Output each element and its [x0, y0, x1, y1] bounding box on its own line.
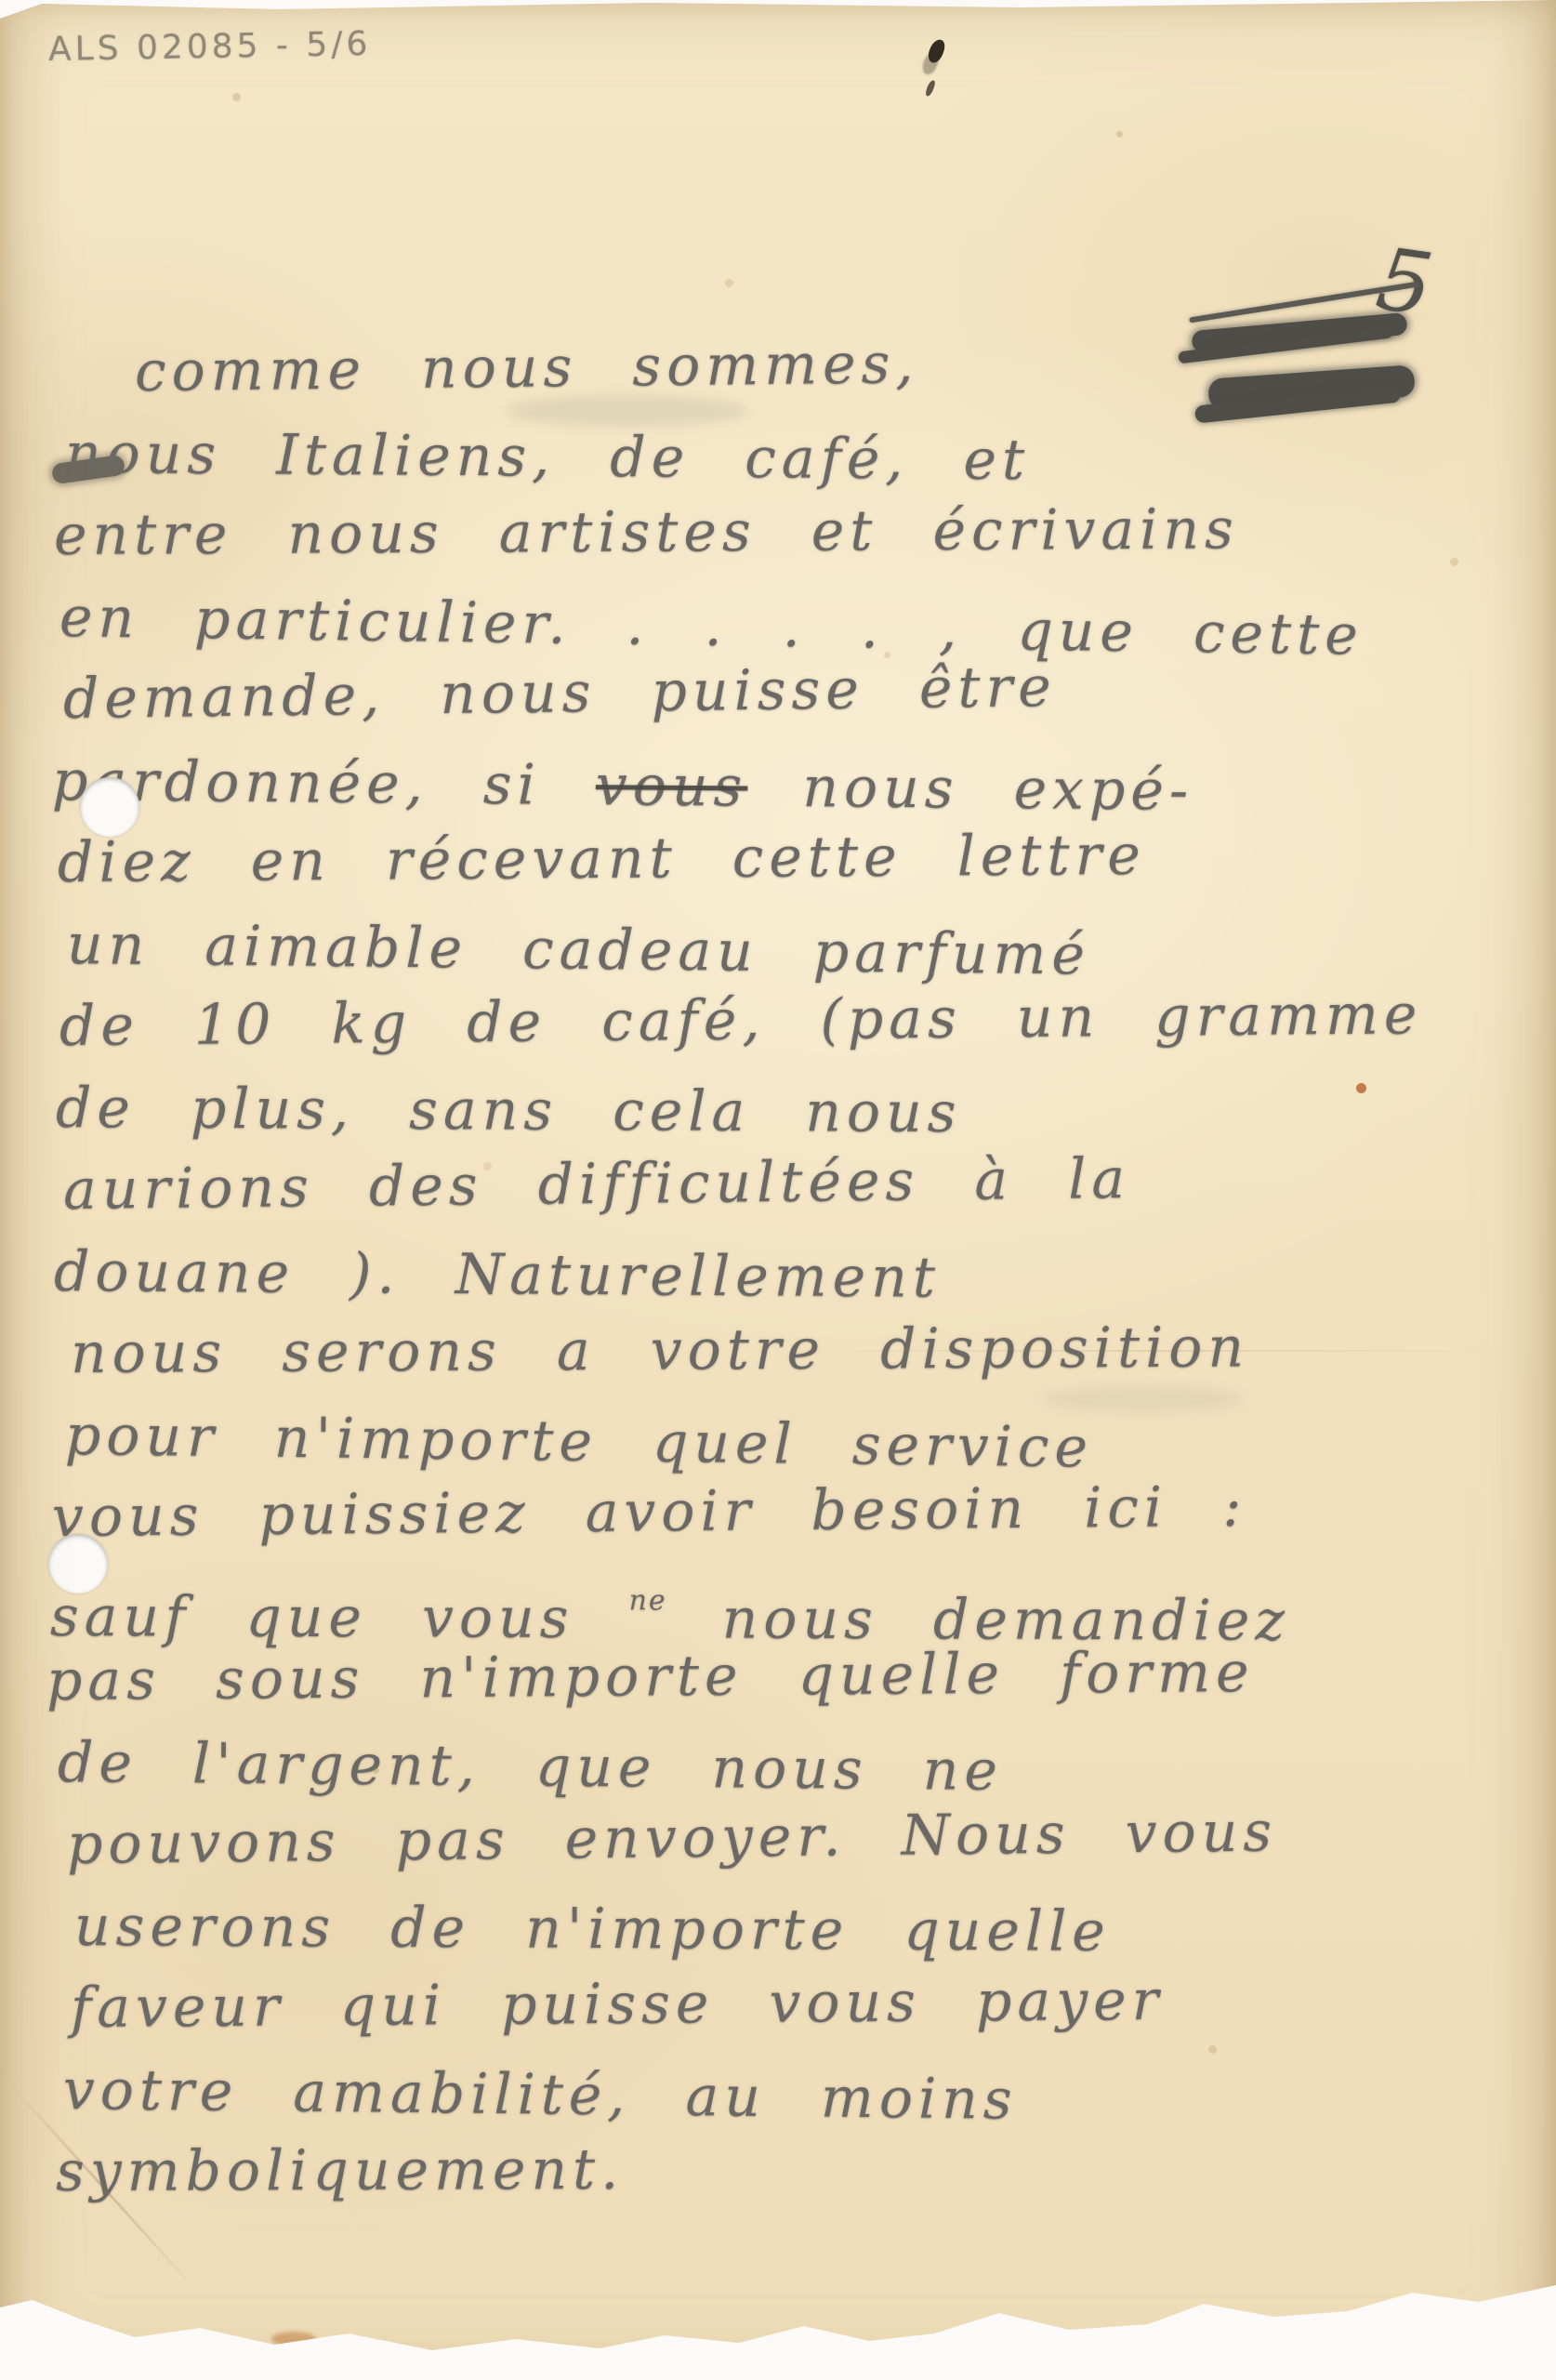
letter-line: comme nous sommes,	[135, 316, 1516, 413]
hand-text: de plus, sans cela nous	[56, 1076, 962, 1145]
archival-code: ALS 02085 - 5/6	[48, 25, 372, 69]
hand-text: demande, nous puisse être	[63, 654, 1058, 732]
paper-stains	[0, 0, 5, 5]
letter-line: pouvons pas envoyer. Nous vous	[67, 1789, 1516, 1885]
rust-stain	[521, 2350, 554, 2361]
hand-text: pas sous n'importe quelle forme	[46, 1640, 1255, 1713]
hand-text: symboliquement.	[56, 2137, 625, 2204]
hand-text: entre nous artistes et écrivains	[54, 496, 1239, 568]
scanned-letter-page: ALS 02085 - 5/6 5 comme nous sommes,nous…	[0, 0, 1556, 2380]
punch-hole	[80, 777, 139, 837]
hand-text: vous puissiez avoir besoin ici :	[52, 1474, 1247, 1550]
hand-text: nous expé-	[747, 755, 1193, 824]
hand-text: comme nous sommes,	[135, 331, 919, 404]
hand-text: de 10 kg de café, (pas un gramme	[59, 982, 1423, 1059]
letter-line: vous puissiez avoir besoin ici :	[52, 1463, 1516, 1558]
punch-hole	[48, 1534, 108, 1593]
letter-body: comme nous sommes,nous Italiens, de café…	[46, 331, 1515, 2213]
letter-line: de 10 kg de café, (pas un gramme	[59, 972, 1516, 1067]
letter-line: symboliquement.	[56, 2126, 1515, 2213]
hand-text: votre amabilité, au moins	[63, 2057, 1018, 2133]
ink-spot	[926, 37, 946, 64]
letter-line: demande, nous puisse être	[62, 641, 1515, 740]
inserted-word: ne	[629, 1584, 667, 1617]
hand-text: diez en récevant cette lettre	[58, 823, 1146, 895]
letter-line: diez en récevant cette lettre	[58, 812, 1516, 904]
letter-line: pas sous n'importe quelle forme	[46, 1630, 1516, 1722]
struck-word: vous	[596, 753, 748, 819]
letter-paper: ALS 02085 - 5/6 5 comme nous sommes,nous…	[0, 0, 1556, 2380]
hand-text: faveur qui puisse vous payer	[71, 1968, 1165, 2041]
letter-line: faveur qui puisse vous payer	[71, 1957, 1516, 2049]
hand-text: aurions des difficultées à la	[63, 1146, 1131, 1223]
letter-line: entre nous artistes et écrivains	[54, 487, 1515, 576]
hand-text: nous Italiens, de café, et	[65, 421, 1031, 493]
letter-line: aurions des difficultées à la	[63, 1134, 1516, 1231]
hand-text: de l'argent, que nous ne	[58, 1730, 1004, 1804]
hand-text: un aimable cadeau parfumé	[67, 912, 1091, 988]
hand-text: douane ). Naturellement	[54, 1239, 941, 1311]
hand-text: userons de n'importe quelle	[74, 1894, 1111, 1964]
hand-text: pouvons pas envoyer. Nous vous	[67, 1799, 1278, 1877]
rust-stain	[271, 2332, 316, 2347]
fold-crease	[781, 1350, 1524, 1352]
